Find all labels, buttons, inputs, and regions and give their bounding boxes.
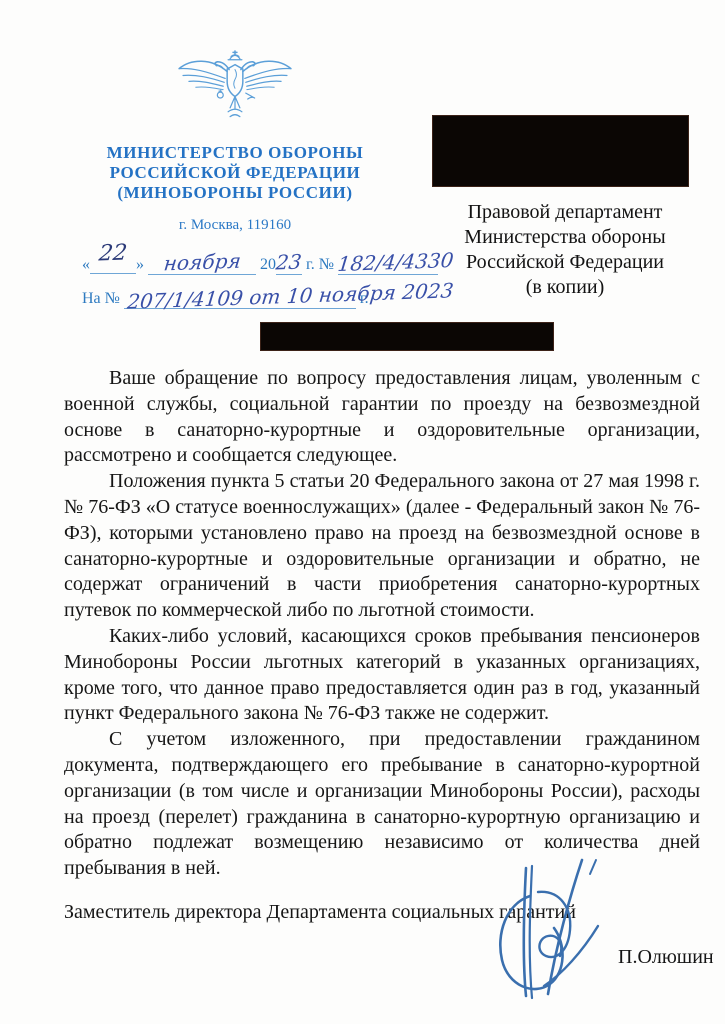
scanned-letter-page: МИНИСТЕРСТВО ОБОРОНЫ РОССИЙСКОЙ ФЕДЕРАЦИ… xyxy=(0,0,725,1024)
addressee-line1: Правовой департамент xyxy=(425,200,705,225)
year-prefix: 20 xyxy=(260,256,276,273)
close-quote: » xyxy=(136,256,144,273)
year-field: 23 xyxy=(276,250,302,275)
month-field: ноября xyxy=(148,250,256,275)
paragraph-2: Положения пункта 5 статьи 20 Федеральног… xyxy=(64,469,700,624)
paragraph-1: Ваше обращение по вопросу предоставления… xyxy=(64,366,700,469)
addressee-block: Правовой департамент Министерства оборон… xyxy=(425,200,705,300)
letter-body: Ваше обращение по вопросу предоставления… xyxy=(64,366,700,882)
paragraph-3: Каких-либо условий, касающихся сроков пр… xyxy=(64,624,700,727)
addressee-line4: (в копии) xyxy=(425,275,705,300)
month-handwritten: ноября xyxy=(162,249,242,276)
number-label: г. № xyxy=(306,256,334,273)
ministry-address: г. Москва, 119160 xyxy=(75,217,395,234)
addressee-line2: Министерства обороны xyxy=(425,225,705,250)
reference-block: «22» ноября 2023 г. № 182/4/4330 На № 20… xyxy=(82,250,412,318)
handwritten-signature-ink xyxy=(486,856,612,1013)
redaction-box-top xyxy=(432,115,689,187)
reply-reference-line: На № 207/1/4109 от 10 ноября 2023 г. xyxy=(82,284,412,318)
letterhead: МИНИСТЕРСТВО ОБОРОНЫ РОССИЙСКОЙ ФЕДЕРАЦИ… xyxy=(75,48,395,234)
date-number-line: «22» ноября 2023 г. № 182/4/4330 xyxy=(82,250,412,284)
ministry-name: МИНИСТЕРСТВО ОБОРОНЫ РОССИЙСКОЙ ФЕДЕРАЦИ… xyxy=(75,143,395,203)
ministry-name-line1: МИНИСТЕРСТВО ОБОРОНЫ xyxy=(75,143,395,163)
ministry-name-line3: (МИНОБОРОНЫ РОССИИ) xyxy=(75,183,395,203)
reply-number-handwritten: 207/1/4109 от 10 ноября 2023 xyxy=(126,278,455,313)
signer-name: П.Олюшин xyxy=(618,946,714,969)
open-quote: « xyxy=(82,256,90,273)
day-handwritten: 22 xyxy=(98,241,129,267)
ministry-eagle-emblem-icon xyxy=(176,48,294,129)
outgoing-number-field: 182/4/4330 xyxy=(338,250,438,275)
redaction-box-bottom xyxy=(260,322,554,351)
addressee-line3: Российской Федерации xyxy=(425,250,705,275)
day-field: 22 xyxy=(90,248,136,274)
reply-label: На № xyxy=(82,290,120,307)
reply-number-field: 207/1/4109 от 10 ноября 2023 xyxy=(124,284,356,309)
ministry-name-line2: РОССИЙСКОЙ ФЕДЕРАЦИИ xyxy=(75,163,395,183)
year-handwritten: 23 xyxy=(275,250,303,275)
